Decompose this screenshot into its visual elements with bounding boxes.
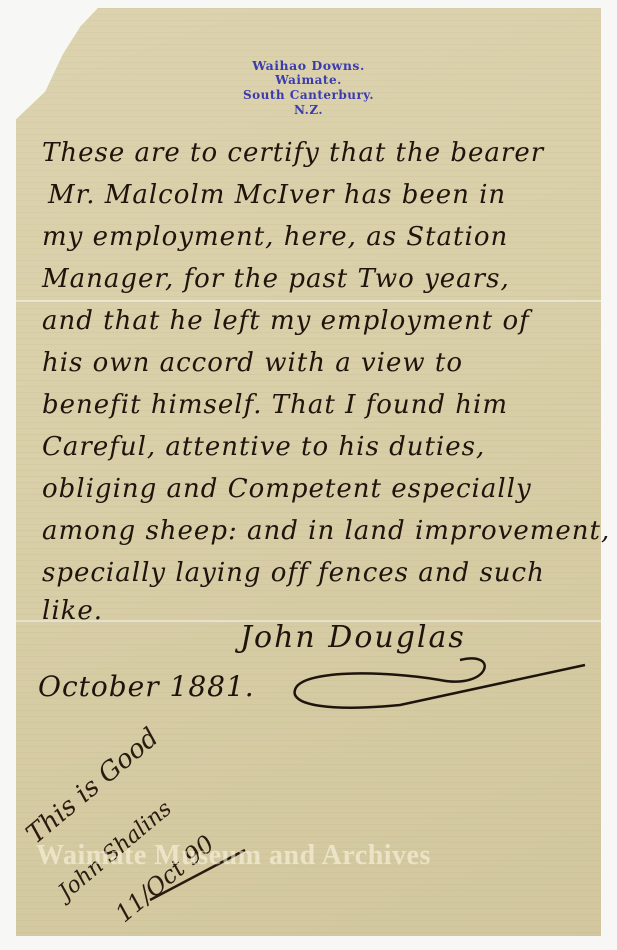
letter-date: October 1881. — [38, 670, 255, 703]
signature-flourish — [0, 0, 617, 950]
museum-watermark: Waimate Museum and Archives — [36, 840, 596, 872]
